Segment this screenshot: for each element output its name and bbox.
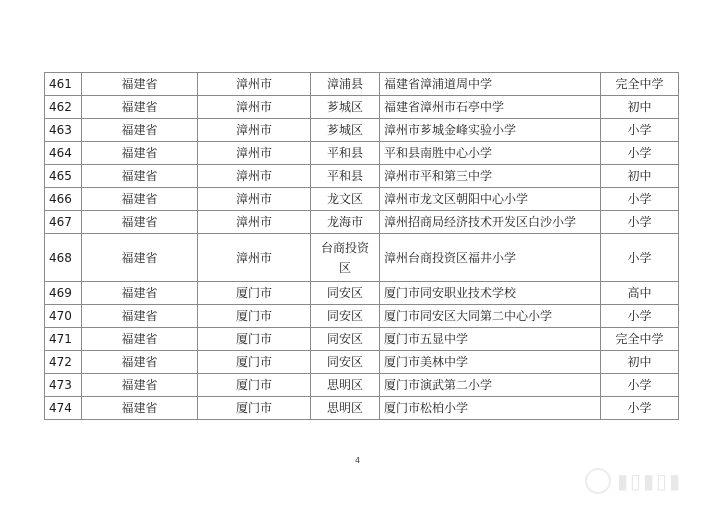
row-number: 474 — [45, 397, 82, 420]
table-row: 464 福建省 漳州市 平和县 平和县南胜中心小学 小学 — [45, 142, 679, 165]
province-cell: 福建省 — [82, 119, 198, 142]
county-cell: 同安区 — [311, 351, 380, 374]
city-cell: 厦门市 — [198, 282, 311, 305]
table-row: 470 福建省 厦门市 同安区 厦门市同安区大同第二中心小学 小学 — [45, 305, 679, 328]
school-name-cell: 漳州台商投资区福井小学 — [380, 234, 601, 282]
province-cell: 福建省 — [82, 142, 198, 165]
school-name-cell: 福建省漳浦道周中学 — [380, 73, 601, 96]
county-cell: 台商投资区 — [311, 234, 380, 282]
city-cell: 厦门市 — [198, 328, 311, 351]
school-name-cell: 厦门市同安区大同第二中心小学 — [380, 305, 601, 328]
province-cell: 福建省 — [82, 165, 198, 188]
city-cell: 漳州市 — [198, 188, 311, 211]
table-row: 461 福建省 漳州市 漳浦县 福建省漳浦道周中学 完全中学 — [45, 73, 679, 96]
table-row: 465 福建省 漳州市 平和县 漳州市平和第三中学 初中 — [45, 165, 679, 188]
school-name-cell: 厦门市松柏小学 — [380, 397, 601, 420]
school-name-cell: 漳州市芗城金峰实验小学 — [380, 119, 601, 142]
page-number: 4 — [355, 456, 360, 465]
table-row: 472 福建省 厦门市 同安区 厦门市美林中学 初中 — [45, 351, 679, 374]
province-cell: 福建省 — [82, 374, 198, 397]
school-name-cell: 厦门市五显中学 — [380, 328, 601, 351]
county-cell: 同安区 — [311, 305, 380, 328]
document-page: 461 福建省 漳州市 漳浦县 福建省漳浦道周中学 完全中学 462 福建省 漳… — [0, 0, 720, 509]
city-cell: 漳州市 — [198, 211, 311, 234]
city-cell: 厦门市 — [198, 374, 311, 397]
county-cell: 平和县 — [311, 142, 380, 165]
table-row: 473 福建省 厦门市 思明区 厦门市演武第二小学 小学 — [45, 374, 679, 397]
watermark: ▮▯▮▯▮ — [585, 465, 710, 497]
province-cell: 福建省 — [82, 282, 198, 305]
row-number: 464 — [45, 142, 82, 165]
county-cell: 思明区 — [311, 397, 380, 420]
province-cell: 福建省 — [82, 188, 198, 211]
province-cell: 福建省 — [82, 351, 198, 374]
row-number: 471 — [45, 328, 82, 351]
school-type-cell: 小学 — [601, 188, 679, 211]
school-name-cell: 厦门市美林中学 — [380, 351, 601, 374]
school-type-cell: 小学 — [601, 119, 679, 142]
province-cell: 福建省 — [82, 328, 198, 351]
row-number: 465 — [45, 165, 82, 188]
row-number: 468 — [45, 234, 82, 282]
row-number: 467 — [45, 211, 82, 234]
county-cell: 平和县 — [311, 165, 380, 188]
row-number: 473 — [45, 374, 82, 397]
school-type-cell: 初中 — [601, 351, 679, 374]
city-cell: 漳州市 — [198, 119, 311, 142]
province-cell: 福建省 — [82, 397, 198, 420]
city-cell: 漳州市 — [198, 165, 311, 188]
row-number: 469 — [45, 282, 82, 305]
school-name-cell: 厦门市演武第二小学 — [380, 374, 601, 397]
row-number: 462 — [45, 96, 82, 119]
city-cell: 漳州市 — [198, 73, 311, 96]
row-number: 470 — [45, 305, 82, 328]
table-row: 468 福建省 漳州市 台商投资区 漳州台商投资区福井小学 小学 — [45, 234, 679, 282]
province-cell: 福建省 — [82, 211, 198, 234]
table-row: 467 福建省 漳州市 龙海市 漳州招商局经济技术开发区白沙小学 小学 — [45, 211, 679, 234]
province-cell: 福建省 — [82, 305, 198, 328]
county-cell: 思明区 — [311, 374, 380, 397]
table-row: 469 福建省 厦门市 同安区 厦门市同安职业技术学校 高中 — [45, 282, 679, 305]
city-cell: 厦门市 — [198, 397, 311, 420]
school-name-cell: 漳州市龙文区朝阳中心小学 — [380, 188, 601, 211]
county-cell: 芗城区 — [311, 119, 380, 142]
county-cell: 漳浦县 — [311, 73, 380, 96]
city-cell: 厦门市 — [198, 351, 311, 374]
school-type-cell: 小学 — [601, 234, 679, 282]
school-type-cell: 完全中学 — [601, 73, 679, 96]
province-cell: 福建省 — [82, 96, 198, 119]
school-type-cell: 完全中学 — [601, 328, 679, 351]
city-cell: 漳州市 — [198, 142, 311, 165]
school-type-cell: 小学 — [601, 211, 679, 234]
county-cell: 龙文区 — [311, 188, 380, 211]
county-cell: 芗城区 — [311, 96, 380, 119]
county-cell: 同安区 — [311, 282, 380, 305]
province-cell: 福建省 — [82, 234, 198, 282]
school-name-cell: 福建省漳州市石亭中学 — [380, 96, 601, 119]
school-name-cell: 漳州招商局经济技术开发区白沙小学 — [380, 211, 601, 234]
row-number: 466 — [45, 188, 82, 211]
table-row: 471 福建省 厦门市 同安区 厦门市五显中学 完全中学 — [45, 328, 679, 351]
table-row: 466 福建省 漳州市 龙文区 漳州市龙文区朝阳中心小学 小学 — [45, 188, 679, 211]
row-number: 461 — [45, 73, 82, 96]
county-cell: 龙海市 — [311, 211, 380, 234]
school-type-cell: 初中 — [601, 165, 679, 188]
school-type-cell: 小学 — [601, 397, 679, 420]
county-cell: 同安区 — [311, 328, 380, 351]
school-name-cell: 平和县南胜中心小学 — [380, 142, 601, 165]
school-type-cell: 初中 — [601, 96, 679, 119]
city-cell: 漳州市 — [198, 234, 311, 282]
school-type-cell: 小学 — [601, 142, 679, 165]
school-name-cell: 漳州市平和第三中学 — [380, 165, 601, 188]
school-type-cell: 小学 — [601, 374, 679, 397]
city-cell: 漳州市 — [198, 96, 311, 119]
province-cell: 福建省 — [82, 73, 198, 96]
school-list-table: 461 福建省 漳州市 漳浦县 福建省漳浦道周中学 完全中学 462 福建省 漳… — [44, 72, 679, 420]
table-row: 474 福建省 厦门市 思明区 厦门市松柏小学 小学 — [45, 397, 679, 420]
city-cell: 厦门市 — [198, 305, 311, 328]
watermark-text-icon: ▮▯▮▯▮ — [617, 469, 682, 493]
school-type-cell: 高中 — [601, 282, 679, 305]
table-row: 462 福建省 漳州市 芗城区 福建省漳州市石亭中学 初中 — [45, 96, 679, 119]
row-number: 463 — [45, 119, 82, 142]
table-row: 463 福建省 漳州市 芗城区 漳州市芗城金峰实验小学 小学 — [45, 119, 679, 142]
watermark-logo-icon — [585, 468, 611, 494]
school-type-cell: 小学 — [601, 305, 679, 328]
school-name-cell: 厦门市同安职业技术学校 — [380, 282, 601, 305]
row-number: 472 — [45, 351, 82, 374]
